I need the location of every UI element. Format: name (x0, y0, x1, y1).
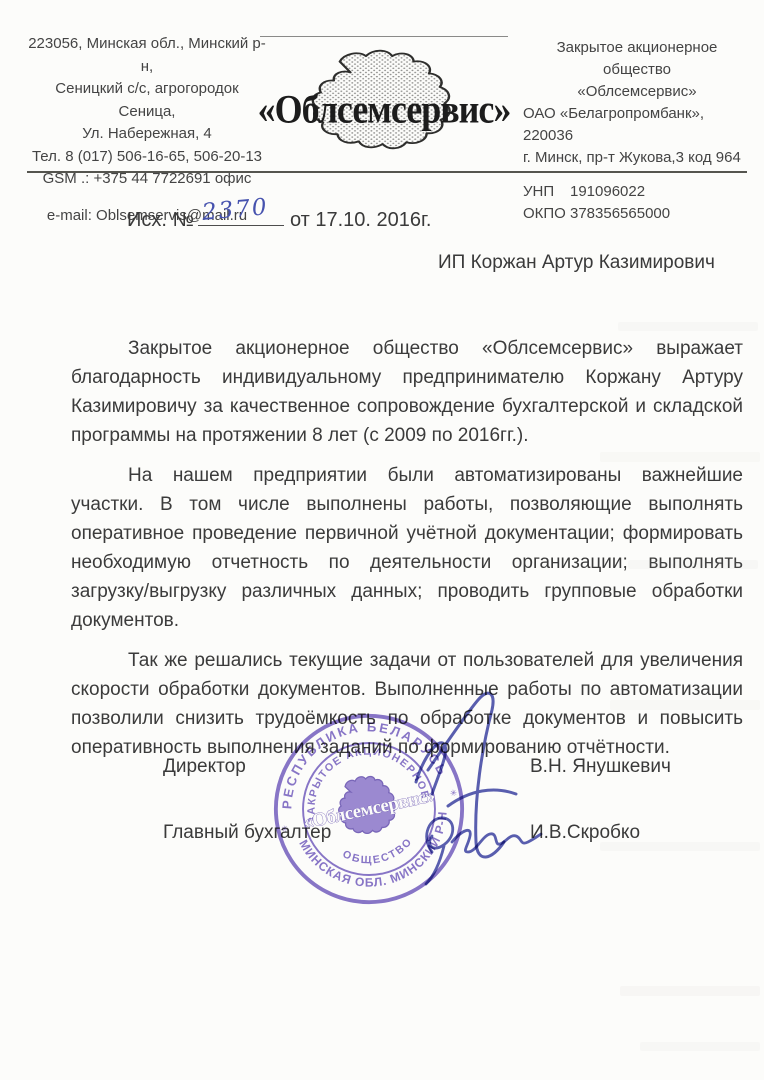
logo-wordmark: «Облсемсервис» (248, 85, 520, 132)
okpo-label: ОКПО (523, 203, 570, 225)
scan-noise (640, 1042, 760, 1051)
company-logo: «Облсемсервис» (258, 28, 510, 174)
unp-label: УНП (523, 181, 570, 203)
scan-noise (620, 986, 760, 996)
scanned-letter-page: 223056, Минская обл., Минский р-н, Сениц… (0, 0, 764, 1080)
accountant-name: И.В.Скробко (530, 822, 640, 844)
director-name: В.Н. Янушкевич (530, 756, 671, 778)
company-line: Закрытое акционерное общество (523, 37, 751, 81)
address-line: Сеницкий с/с, агрогородок Сеница, (28, 78, 266, 123)
body-paragraph: На нашем предприятии были автоматизирова… (71, 461, 743, 635)
registration-codes: УНП 191096022 ОКПО 378356565000 (523, 181, 751, 225)
company-line: «Облсемсервис» (523, 81, 751, 103)
logo-top-rule (260, 36, 508, 37)
okpo-row: ОКПО 378356565000 (523, 203, 751, 225)
address-line: 223056, Минская обл., Минский р-н, (28, 33, 266, 78)
address-line: Ул. Набережная, 4 (28, 123, 266, 146)
bank-address-line: г. Минск, пр-т Жукова,3 код 964 (523, 147, 751, 169)
ref-date: от 17.10. 2016г. (290, 209, 431, 231)
director-title: Директор (163, 756, 246, 778)
unp-row: УНП 191096022 (523, 181, 751, 203)
ref-prefix: Исх. № (127, 209, 194, 231)
letterhead-company-block: Закрытое акционерное общество «Облсемсер… (523, 37, 751, 225)
scan-noise (618, 322, 758, 331)
bank-line: ОАО «Белагропромбанк», 220036 (523, 103, 751, 147)
outgoing-reference-line: Исх. №2370от 17.10. 2016г. (127, 203, 431, 233)
handwritten-ref-number: 2370 (201, 194, 270, 226)
recipient-line: ИП Коржан Артур Казимирович (438, 252, 715, 274)
unp-value: 191096022 (570, 181, 645, 203)
phone-line: Тел. 8 (017) 506-16-65, 506-20-13 (28, 146, 266, 169)
okpo-value: 378356565000 (570, 203, 670, 225)
letterhead-divider-rule (27, 171, 747, 173)
accountant-signature (410, 796, 544, 888)
stamp-ornament-left: ✳ (280, 823, 290, 834)
body-paragraph: Закрытое акционерное общество «Облсемсер… (71, 334, 743, 450)
ref-number-blank: 2370 (198, 203, 284, 226)
